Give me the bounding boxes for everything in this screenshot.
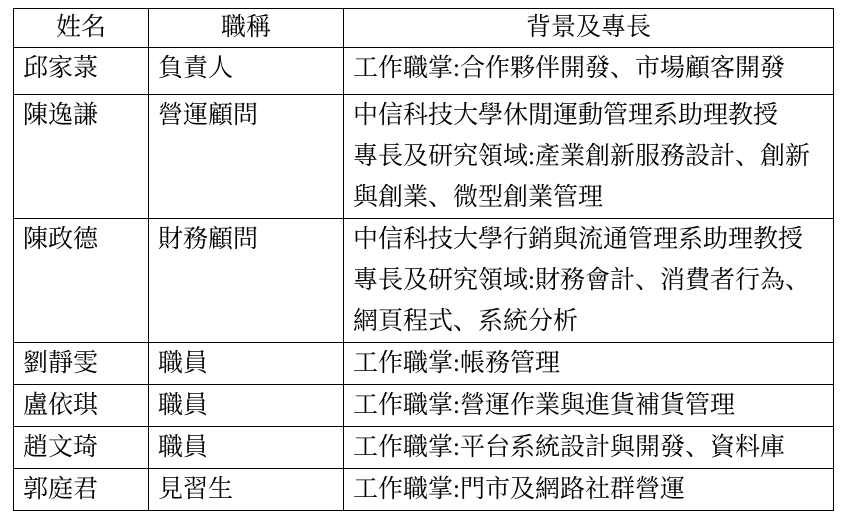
column-header-background: 背景及專長 bbox=[344, 9, 834, 48]
background-line: 網頁程式、系統分析 bbox=[353, 301, 824, 342]
name-cell: 邱家菉 bbox=[14, 48, 149, 95]
background-line: 與創業、微型創業管理 bbox=[353, 177, 824, 218]
title-cell: 見習生 bbox=[149, 469, 344, 511]
table-row: 趙文琦 職員 工作職掌:平台系統設計與開發、資料庫 bbox=[14, 427, 834, 469]
name-cell: 陳逸謙 bbox=[14, 95, 149, 219]
name-cell: 盧依琪 bbox=[14, 385, 149, 427]
background-cell: 工作職掌:合作夥伴開發、市場顧客開發 bbox=[344, 48, 834, 95]
table-row: 陳逸謙 營運顧問 中信科技大學休閒運動管理系助理教授 專長及研究領域:產業創新服… bbox=[14, 95, 834, 219]
document-page: 姓名 職稱 背景及專長 邱家菉 負責人 工作職掌:合作夥伴開發、市場顧客開發 陳… bbox=[0, 0, 841, 517]
staff-table: 姓名 職稱 背景及專長 邱家菉 負責人 工作職掌:合作夥伴開發、市場顧客開發 陳… bbox=[13, 8, 834, 511]
background-cell: 中信科技大學休閒運動管理系助理教授 專長及研究領域:產業創新服務設計、創新 與創… bbox=[344, 95, 834, 219]
background-line: 工作職掌:營運作業與進貨補貨管理 bbox=[353, 385, 824, 426]
title-cell: 財務顧問 bbox=[149, 219, 344, 343]
title-cell: 職員 bbox=[149, 427, 344, 469]
title-cell: 營運顧問 bbox=[149, 95, 344, 219]
background-line: 中信科技大學休閒運動管理系助理教授 bbox=[353, 95, 824, 136]
title-cell: 職員 bbox=[149, 385, 344, 427]
header-row: 姓名 職稱 背景及專長 bbox=[14, 9, 834, 48]
background-cell: 工作職掌:營運作業與進貨補貨管理 bbox=[344, 385, 834, 427]
table-row: 劉靜雯 職員 工作職掌:帳務管理 bbox=[14, 343, 834, 385]
name-cell: 郭庭君 bbox=[14, 469, 149, 511]
title-cell: 負責人 bbox=[149, 48, 344, 95]
title-cell: 職員 bbox=[149, 343, 344, 385]
background-line: 工作職掌:平台系統設計與開發、資料庫 bbox=[353, 427, 824, 468]
background-cell: 工作職掌:平台系統設計與開發、資料庫 bbox=[344, 427, 834, 469]
column-header-name: 姓名 bbox=[14, 9, 149, 48]
background-cell: 中信科技大學行銷與流通管理系助理教授 專長及研究領域:財務會計、消費者行為、 網… bbox=[344, 219, 834, 343]
background-line: 工作職掌:門市及網路社群營運 bbox=[353, 469, 824, 510]
background-line: 工作職掌:合作夥伴開發、市場顧客開發 bbox=[353, 48, 824, 89]
name-cell: 劉靜雯 bbox=[14, 343, 149, 385]
background-line: 工作職掌:帳務管理 bbox=[353, 343, 824, 384]
background-cell: 工作職掌:門市及網路社群營運 bbox=[344, 469, 834, 511]
name-cell: 陳政德 bbox=[14, 219, 149, 343]
table-row: 邱家菉 負責人 工作職掌:合作夥伴開發、市場顧客開發 bbox=[14, 48, 834, 95]
column-header-title: 職稱 bbox=[149, 9, 344, 48]
background-cell: 工作職掌:帳務管理 bbox=[344, 343, 834, 385]
name-cell: 趙文琦 bbox=[14, 427, 149, 469]
background-line: 中信科技大學行銷與流通管理系助理教授 bbox=[353, 219, 824, 260]
background-line: 專長及研究領域:財務會計、消費者行為、 bbox=[353, 260, 824, 301]
table-row: 陳政德 財務顧問 中信科技大學行銷與流通管理系助理教授 專長及研究領域:財務會計… bbox=[14, 219, 834, 343]
background-line: 專長及研究領域:產業創新服務設計、創新 bbox=[353, 136, 824, 177]
table-row: 盧依琪 職員 工作職掌:營運作業與進貨補貨管理 bbox=[14, 385, 834, 427]
table-row: 郭庭君 見習生 工作職掌:門市及網路社群營運 bbox=[14, 469, 834, 511]
